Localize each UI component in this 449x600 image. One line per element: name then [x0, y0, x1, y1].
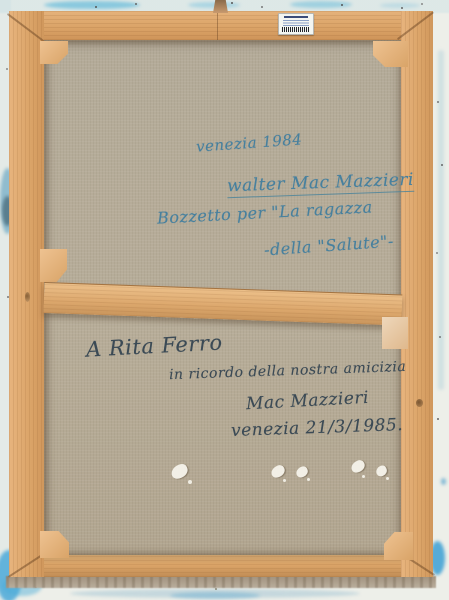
dirt-specks [95, 6, 97, 8]
painting-back-photo: venezia 1984 walter Mac Mazzieri Bozzett… [0, 0, 449, 600]
blue-paint-streak [438, 50, 444, 390]
soiled-bottom-strip [6, 576, 436, 588]
blue-paint-streak [380, 3, 420, 8]
blue-paint-streak [170, 592, 260, 599]
paint-drip-dot [188, 480, 192, 484]
paint-drip-dot [386, 477, 389, 480]
label-header-line [284, 16, 308, 18]
stretcher-bar-bottom [9, 555, 433, 577]
crossbar-key-right [382, 317, 408, 349]
wood-seam [217, 12, 218, 40]
barcode-icon [282, 27, 310, 32]
stretcher-bar-right [401, 11, 433, 577]
blue-paint-speck [441, 478, 446, 485]
auction-label [278, 13, 314, 35]
wood-knot [416, 399, 423, 407]
blue-paint-streak [290, 1, 352, 8]
blue-paint-streak [188, 2, 240, 8]
paint-drip-dot [283, 479, 286, 482]
stretcher-bar-top [9, 11, 433, 40]
label-text-lines [283, 19, 309, 26]
blue-paint-streak [44, 1, 140, 9]
wood-knot [25, 292, 30, 302]
paint-drip-dot [362, 475, 365, 478]
paint-drip-dot [307, 478, 310, 481]
wood-notch [213, 0, 228, 13]
